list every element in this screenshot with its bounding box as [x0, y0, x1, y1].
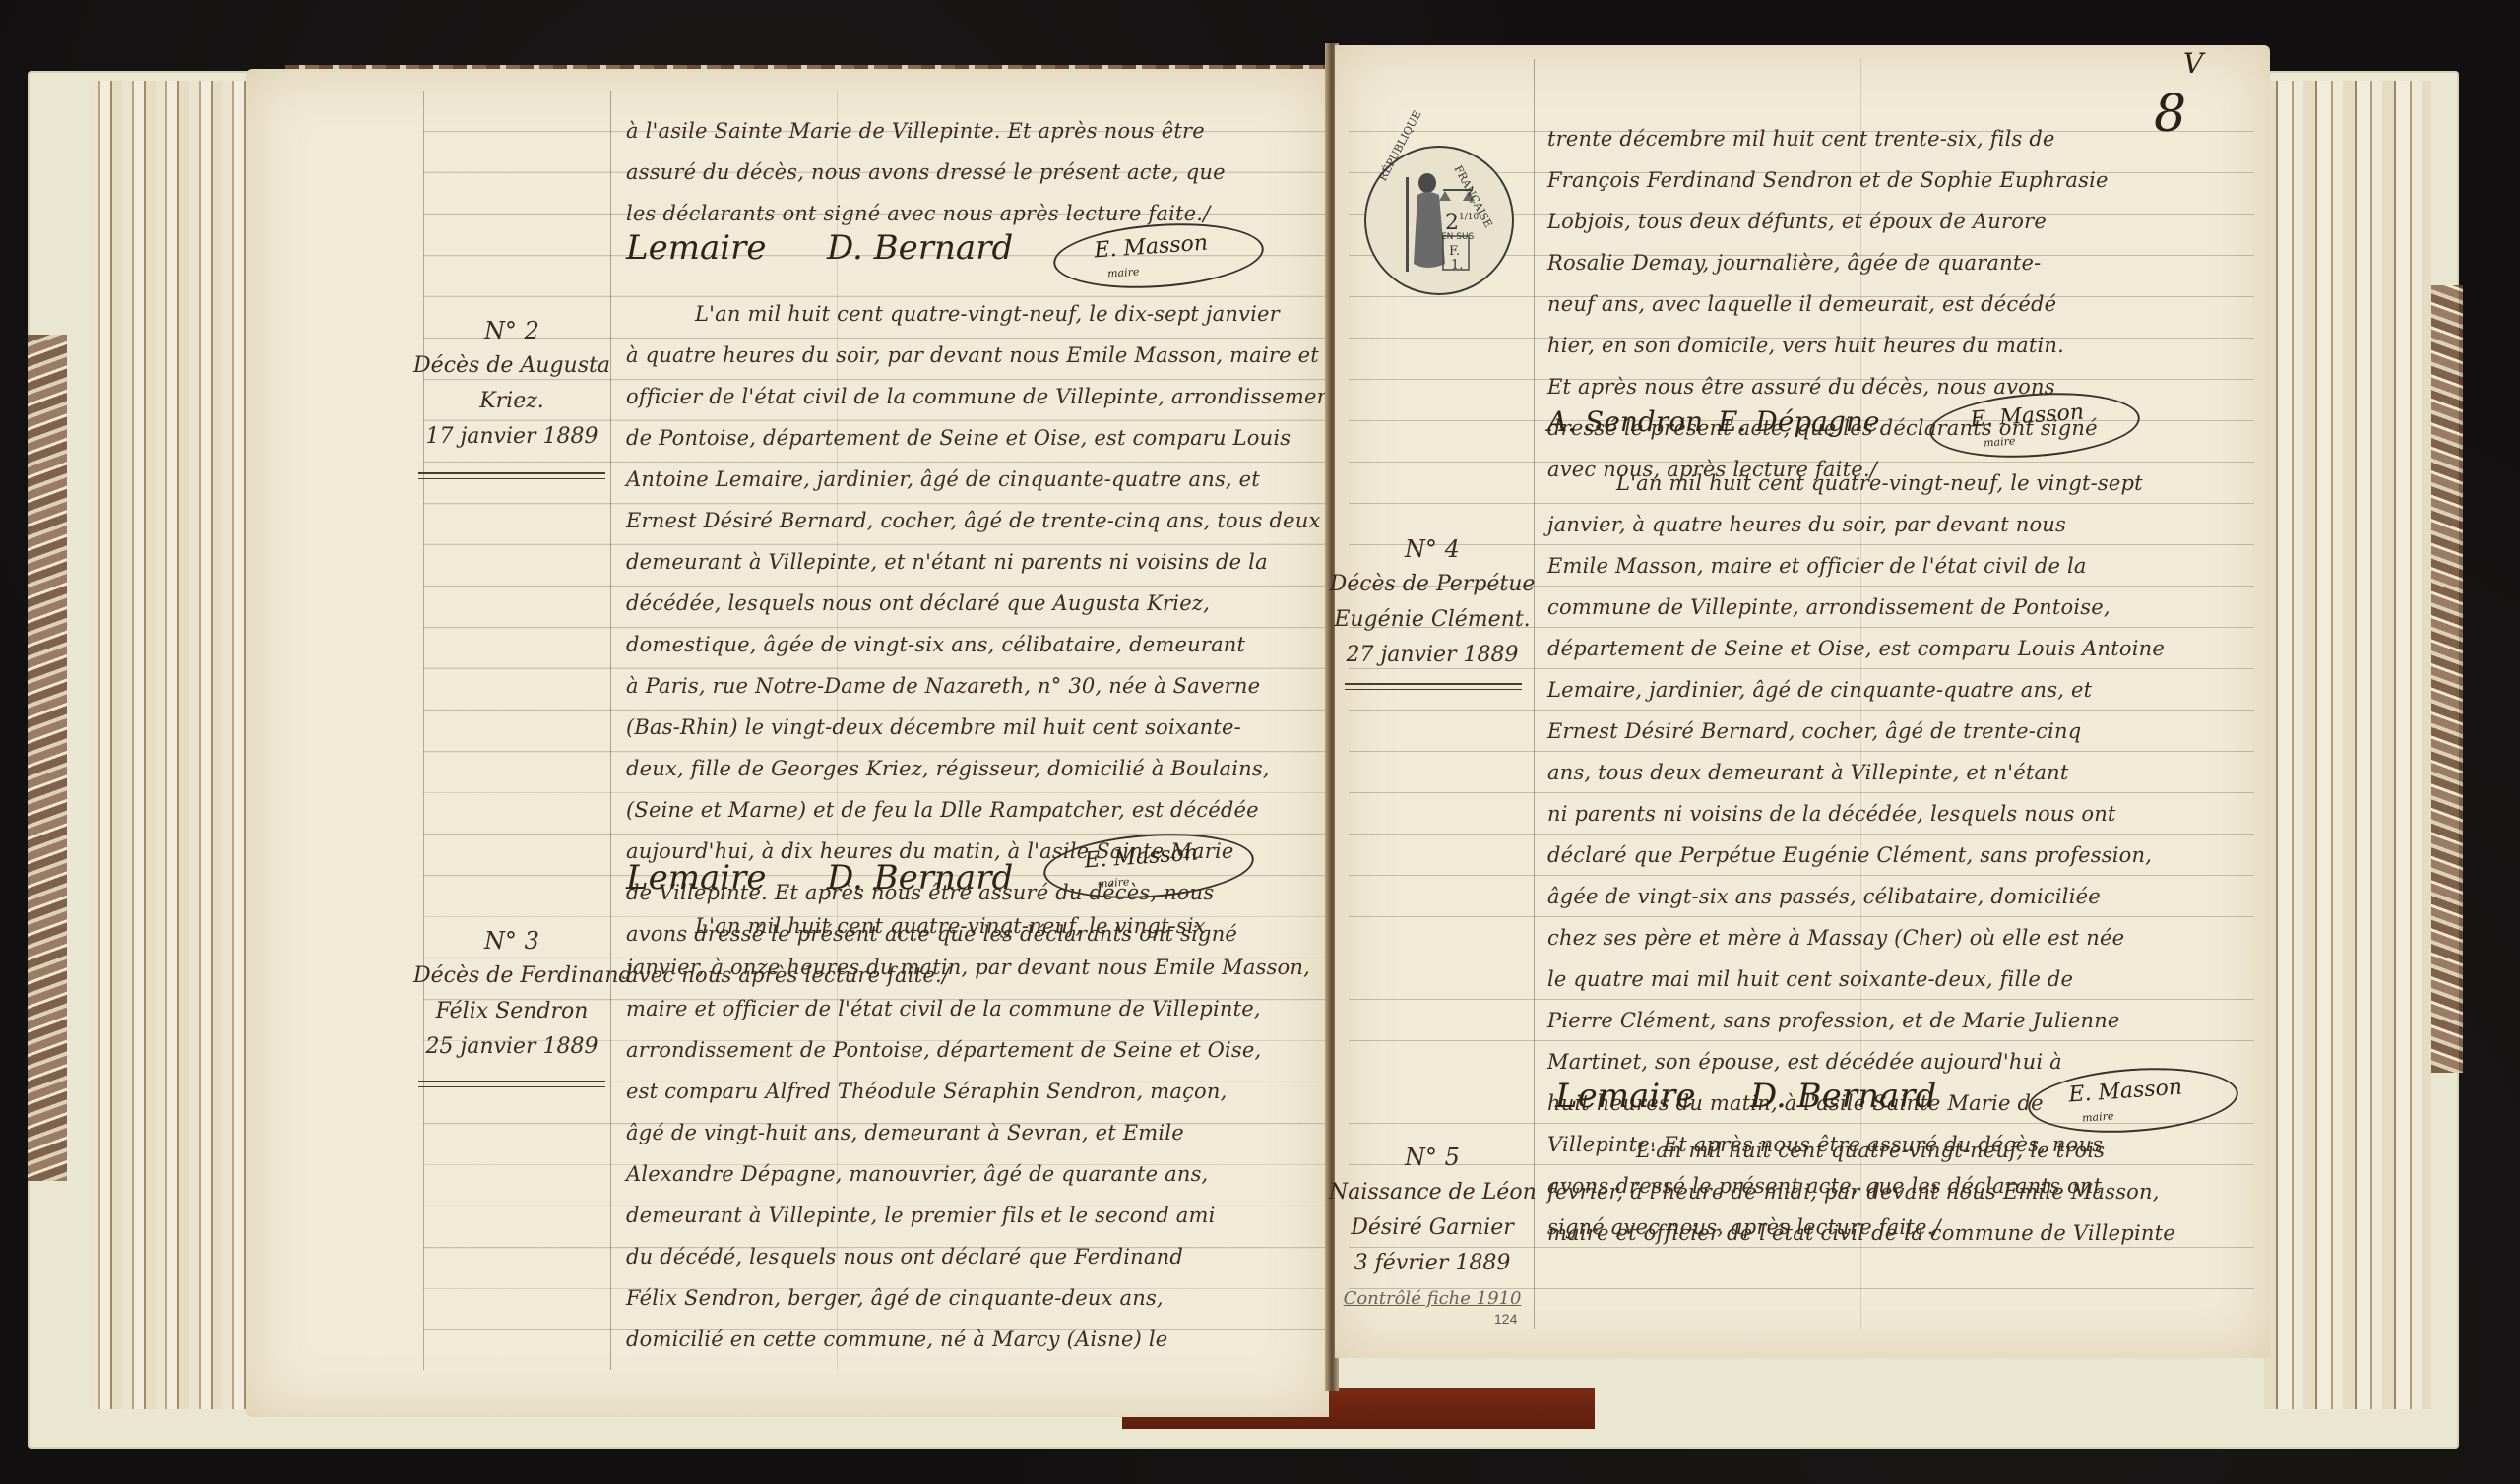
- text-line: Emile Masson, maire et officier de l'éta…: [1547, 545, 2165, 587]
- signature-bernard: D. Bernard: [827, 858, 1013, 897]
- stamp-fraction: 1/10: [1459, 213, 1479, 222]
- text-line: janvier, à onze heures du matin, par dev…: [626, 947, 1310, 988]
- right-margin-rule: [1534, 59, 1535, 1329]
- text-line: chez ses père et mère à Massay (Cher) où…: [1547, 917, 2165, 958]
- text-line: Lemaire, jardinier, âgé de cinquante-qua…: [1547, 669, 2165, 711]
- entry-name: Eugénie Clément.: [1329, 602, 1536, 638]
- text-line: demeurant à Villepinte, le premier fils …: [626, 1195, 1310, 1236]
- text-line: (Bas-Rhin) le vingt-deux décembre mil hu…: [626, 707, 1339, 748]
- seal-caption: maire: [2082, 1109, 2114, 1124]
- text-line: François Ferdinand Sendron et de Sophie …: [1547, 159, 2109, 201]
- signature-sendron: A. Sendron: [1547, 405, 1703, 438]
- text-line: neuf ans, avec laquelle il demeurait, es…: [1547, 283, 2109, 325]
- text-line: Félix Sendron, berger, âgé de cinquante-…: [626, 1277, 1310, 1319]
- text-line: déclaré que Perpétue Eugénie Clément, sa…: [1547, 835, 2165, 876]
- margin-underline: [418, 1081, 605, 1087]
- text-line: du décédé, lesquels nous ont déclaré que…: [626, 1236, 1310, 1277]
- text-line: Rosalie Demay, journalière, âgée de quar…: [1547, 242, 2109, 283]
- text-line: janvier, à quatre heures du soir, par de…: [1547, 504, 2165, 545]
- entry-5-text: L'an mil huit cent quatre-vingt-neuf, le…: [1547, 1130, 2175, 1254]
- text-line: commune de Villepinte, arrondissement de…: [1547, 587, 2165, 628]
- text-line: domicilié en cette commune, né à Marcy (…: [626, 1319, 1310, 1360]
- entry-number: N° 5: [1329, 1140, 1536, 1175]
- margin-underline: [418, 472, 605, 479]
- entry-3-text: L'an mil huit cent quatre-vingt-neuf, le…: [626, 905, 1310, 1360]
- seal-caption: maire: [1098, 875, 1130, 890]
- text-line: département de Seine et Oise, est compar…: [1547, 628, 2165, 669]
- text-line: deux, fille de Georges Kriez, régisseur,…: [626, 748, 1339, 789]
- text-line: est comparu Alfred Théodule Séraphin Sen…: [626, 1071, 1310, 1112]
- text-line: officier de l'état civil de la commune d…: [626, 376, 1339, 417]
- text-line: à quatre heures du soir, par devant nous…: [626, 335, 1339, 376]
- entry-title: Décès de Augusta: [413, 348, 610, 384]
- text-line: de Pontoise, département de Seine et Ois…: [626, 417, 1339, 459]
- text-line: Pierre Clément, sans profession, et de M…: [1547, 1000, 2165, 1041]
- text-line: ni parents ni voisins de la décédée, les…: [1547, 793, 2165, 835]
- entry-number: N° 4: [1329, 531, 1536, 567]
- text-line: L'an mil huit cent quatre-vingt-neuf, le…: [1547, 1130, 2175, 1171]
- entry-title: Naissance de Léon: [1329, 1175, 1536, 1210]
- page-stack-left: [89, 81, 256, 1409]
- folio-number: 8: [2154, 85, 2186, 144]
- text-line: Antoine Lemaire, jardinier, âgé de cinqu…: [626, 459, 1339, 500]
- marbled-edge-left: [28, 335, 67, 1181]
- entry-date: 17 janvier 1889: [413, 419, 610, 455]
- entry-number: N° 2: [413, 313, 610, 348]
- text-line: demeurant à Villepinte, et n'étant ni pa…: [626, 541, 1339, 583]
- page-stack-right: [2264, 81, 2431, 1409]
- signature-depagne: E. Dépagne: [1718, 405, 1879, 438]
- margin-note-entry-4: N° 4 Décès de Perpétue Eugénie Clément. …: [1329, 531, 1536, 673]
- entry-name: Félix Sendron: [413, 994, 610, 1029]
- text-line: à l'asile Sainte Marie de Villepinte. Et…: [626, 110, 1226, 152]
- text-line: L'an mil huit cent quatre-vingt-neuf, le…: [626, 293, 1339, 335]
- text-line: décédée, lesquels nous ont déclaré que A…: [626, 583, 1339, 624]
- text-line: L'an mil huit cent quatre-vingt-neuf, le…: [1547, 463, 2165, 504]
- text-line: L'an mil huit cent quatre-vingt-neuf, le…: [626, 905, 1310, 947]
- text-line: Lobjois, tous deux défunts, et époux de …: [1547, 201, 2109, 242]
- signature-masson: E. Masson: [1094, 231, 1209, 264]
- entry-date: 27 janvier 1889: [1329, 638, 1536, 673]
- signature-masson: E. Masson: [2068, 1076, 2183, 1108]
- text-line: le quatre mai mil huit cent soixante-deu…: [1547, 958, 2165, 1000]
- signature-lemaire: Lemaire: [626, 228, 766, 268]
- text-line: Alexandre Dépagne, manouvrier, âgé de qu…: [626, 1153, 1310, 1195]
- pencil-page-number: 124: [1494, 1311, 1517, 1327]
- text-line: trente décembre mil huit cent trente-six…: [1547, 118, 2109, 159]
- text-line: arrondissement de Pontoise, département …: [626, 1029, 1310, 1071]
- margin-underline: [1345, 683, 1522, 690]
- text-line: ans, tous deux demeurant à Villepinte, e…: [1547, 752, 2165, 793]
- signature-bernard: D. Bernard: [1750, 1077, 1936, 1116]
- signature-masson: E. Masson: [1084, 841, 1199, 874]
- margin-note-entry-3: N° 3 Décès de Ferdinand Félix Sendron 25…: [413, 923, 610, 1065]
- text-line: (Seine et Marne) et de feu la Dlle Rampa…: [626, 789, 1339, 831]
- margin-note-entry-2: N° 2 Décès de Augusta Kriez. 17 janvier …: [413, 313, 610, 455]
- text-line: Ernest Désiré Bernard, cocher, âgé de tr…: [1547, 711, 2165, 752]
- seal-caption: maire: [1984, 434, 2016, 449]
- text-line: Ernest Désiré Bernard, cocher, âgé de tr…: [626, 500, 1339, 541]
- stamp-denomination-letter: F.: [1449, 244, 1460, 259]
- entry-number: N° 3: [413, 923, 610, 958]
- text-line: âgé de vingt-huit ans, demeurant à Sevra…: [626, 1112, 1310, 1153]
- left-margin-rule: [610, 91, 611, 1370]
- entry-name: Désiré Garnier: [1329, 1210, 1536, 1246]
- marbled-edge-right: [2431, 285, 2463, 1073]
- entry-name: Kriez.: [413, 384, 610, 419]
- text-line: domestique, âgée de vingt-six ans, célib…: [626, 624, 1339, 665]
- signature-lemaire: Lemaire: [1555, 1077, 1695, 1116]
- text-line: février, à l'heure de midi, par devant n…: [1547, 1171, 2175, 1212]
- text-line: maire et officier de l'état civil de la …: [1547, 1212, 2175, 1254]
- margin-note-entry-5: N° 5 Naissance de Léon Désiré Garnier 3 …: [1329, 1140, 1536, 1317]
- text-line: à Paris, rue Notre-Dame de Nazareth, n° …: [626, 665, 1339, 707]
- seal-caption: maire: [1107, 265, 1140, 279]
- entry-title: Décès de Perpétue: [1329, 567, 1536, 602]
- text-line: assuré du décès, nous avons dressé le pr…: [626, 152, 1226, 193]
- folio-mark: V: [2183, 47, 2203, 80]
- entry-title: Décès de Ferdinand: [413, 958, 610, 994]
- stamp-denomination-value: 1.: [1451, 258, 1463, 273]
- left-continuation-text: à l'asile Sainte Marie de Villepinte. Et…: [626, 110, 1226, 234]
- signature-lemaire: Lemaire: [626, 858, 766, 897]
- entry-date: 25 janvier 1889: [413, 1029, 610, 1065]
- text-line: hier, en son domicile, vers huit heures …: [1547, 325, 2109, 366]
- signature-bernard: D. Bernard: [827, 228, 1013, 268]
- entry-date: 3 février 1889: [1329, 1246, 1536, 1281]
- signature-masson: E. Masson: [1970, 401, 2085, 433]
- stamp-ensus: EN SUS: [1441, 232, 1474, 242]
- revenue-stamp: RÉPUBLIQUE FRANÇAISE 2 1/10 EN SUS F. 1.: [1364, 146, 1514, 295]
- text-line: âgée de vingt-six ans passés, célibatair…: [1547, 876, 2165, 917]
- text-line: maire et officier de l'état civil de la …: [626, 988, 1310, 1029]
